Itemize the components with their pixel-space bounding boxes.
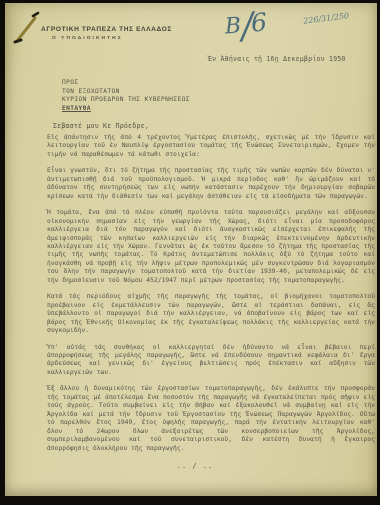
recipient-block: ΠΡΟΣ ΤΟΝ ΕΞΟΧΩΤΑΤΟΝ ΚΥΡΙΟΝ ΠΡΟΕΔΡΟΝ ΤΗΣ … [62,79,190,113]
bank-name: ΑΓΡΟΤΙΚΗ ΤΡΑΠΕΖΑ ΤΗΣ ΕΛΛΑΔΟΣ [41,26,172,33]
body-paragraph: Ὑπ' αὐτάς τάς συνθήκας οἱ καλλιεργηταί δ… [47,344,375,378]
salutation: Σεβαστέ μου Κε Πρόεδρε, [53,122,149,130]
body-paragraph: Κατά τάς περιόδους αἰχμῆς τῆς παραγωγῆς … [47,293,375,335]
handwritten-reference-number: 226/31/250 [303,7,380,25]
recipient-line-entaftha: ΕΝΤΑΥΘΑ [62,105,190,114]
body-paragraph: Ἡ τομάτα, ἕνα ἀπό τά πλέον εὐπαθῆ προϊόν… [47,209,375,285]
body-paragraph: Εἰς ἀπάντησιν τῆς ἀπό 4 τρέχοντος Ὑμετέρ… [47,134,375,159]
document-page: ΑΓΡΟΤΙΚΗ ΤΡΑΠΕΖΑ ΤΗΣ ΕΛΛΑΔΟΣ Ο ΥΠΟΔΙΟΙΚΗ… [5,3,377,496]
routing-mark-letter: Β [224,13,242,39]
letter-body: Εἰς ἀπάντησιν τῆς ἀπό 4 τρέχοντος Ὑμετέρ… [47,134,375,461]
handwritten-routing-mark: Β/6 [224,8,269,47]
recipient-line-excellency: ΤΟΝ ΕΞΟΧΩΤΑΤΟΝ [62,88,190,97]
recipient-line-president: ΚΥΡΙΟΝ ΠΡΟΕΔΡΟΝ ΤΗΣ ΚΥΒΕΡΝΗΣΕΩΣ [62,96,190,105]
body-paragraph: Ἐξ ἄλλου ἡ δυναμικότης τῶν ἐργοστασίων τ… [47,385,375,453]
recipient-line-pros: ΠΡΟΣ [62,79,190,88]
dateline: Ἐν Ἀθήναις τῇ 16ῃ Δεκεμβρίου 1950 [208,55,346,63]
pen-check-mark-icon [12,10,44,48]
continuation-mark: .. / .. [5,462,380,470]
routing-mark-number: 6 [250,8,268,38]
bank-officer-title: Ο ΥΠΟΔΙΟΙΚΗΤΗΣ [52,36,172,41]
scanned-letter: { "scan": { "background_color": "#0e0c08… [0,0,380,505]
letterhead: ΑΓΡΟΤΙΚΗ ΤΡΑΠΕΖΑ ΤΗΣ ΕΛΛΑΔΟΣ Ο ΥΠΟΔΙΟΙΚΗ… [41,26,172,41]
body-paragraph: Εἶναι γνωστόν, ὅτι τό ζήτημα τῆς προστασ… [47,167,375,201]
